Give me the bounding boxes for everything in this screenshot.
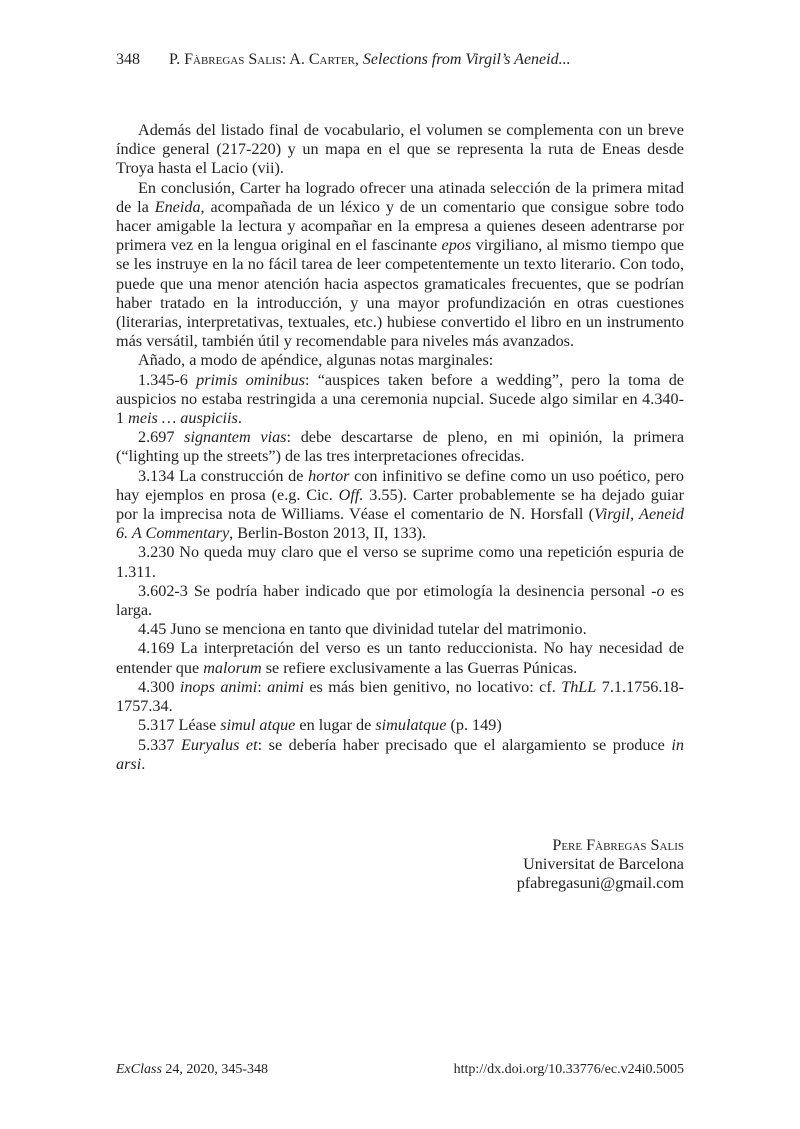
running-header: 348P. Fàbregas Salis: A. Carter, Selecti… <box>116 50 686 70</box>
paragraph-conclusion: En conclusión, Carter ha logrado ofrecer… <box>116 179 684 352</box>
note-5-317: 5.317 Léase simul atque en lugar de simu… <box>116 716 684 735</box>
signature-name: Pere Fàbregas Salis <box>517 836 684 855</box>
footer-doi-link[interactable]: http://dx.doi.org/10.33776/ec.v24i0.5005 <box>454 1061 684 1079</box>
signature-email[interactable]: pfabregasuni@gmail.com <box>517 874 684 893</box>
note-3-602: 3.602-3 Se podría haber indicado que por… <box>116 582 684 620</box>
header-book-title: Selections from Virgil’s Aeneid... <box>363 51 571 68</box>
review-body: Además del listado final de vocabulario,… <box>116 121 684 774</box>
footer-volume: 24, 2020, 345-348 <box>162 1062 268 1077</box>
footer-citation: ExClass 24, 2020, 345-348 <box>116 1061 268 1079</box>
paragraph-appendix-intro: Añado, a modo de apéndice, algunas notas… <box>116 351 684 370</box>
header-author-surname: Fàbregas Salis <box>184 51 282 68</box>
signature-institution: Universitat de Barcelona <box>517 855 684 874</box>
note-1-345: 1.345-6 primis ominibus: “auspices taken… <box>116 371 684 429</box>
author-signature: Pere Fàbregas Salis Universitat de Barce… <box>517 836 684 894</box>
note-3-230: 3.230 No queda muy claro que el verso se… <box>116 543 684 581</box>
note-4-300: 4.300 inops animi: animi es más bien gen… <box>116 678 684 716</box>
note-4-169: 4.169 La interpretación del verso es un … <box>116 639 684 677</box>
header-comma: , <box>355 51 363 68</box>
note-5-337: 5.337 Euryalus et: se debería haber prec… <box>116 736 684 774</box>
paragraph-vocabulary: Además del listado final de vocabulario,… <box>116 121 684 179</box>
page-number: 348 <box>116 50 169 70</box>
note-2-697: 2.697 signantem vias: debe descartarse d… <box>116 428 684 466</box>
note-3-134: 3.134 La construcción de hortor con infi… <box>116 467 684 544</box>
header-author-initial: P. <box>169 51 184 68</box>
note-4-45: 4.45 Juno se menciona en tanto que divin… <box>116 620 684 639</box>
header-reviewed-surname: Carter <box>309 51 355 68</box>
footer-journal: ExClass <box>116 1062 162 1077</box>
header-reviewed-initial: A. <box>289 51 309 68</box>
